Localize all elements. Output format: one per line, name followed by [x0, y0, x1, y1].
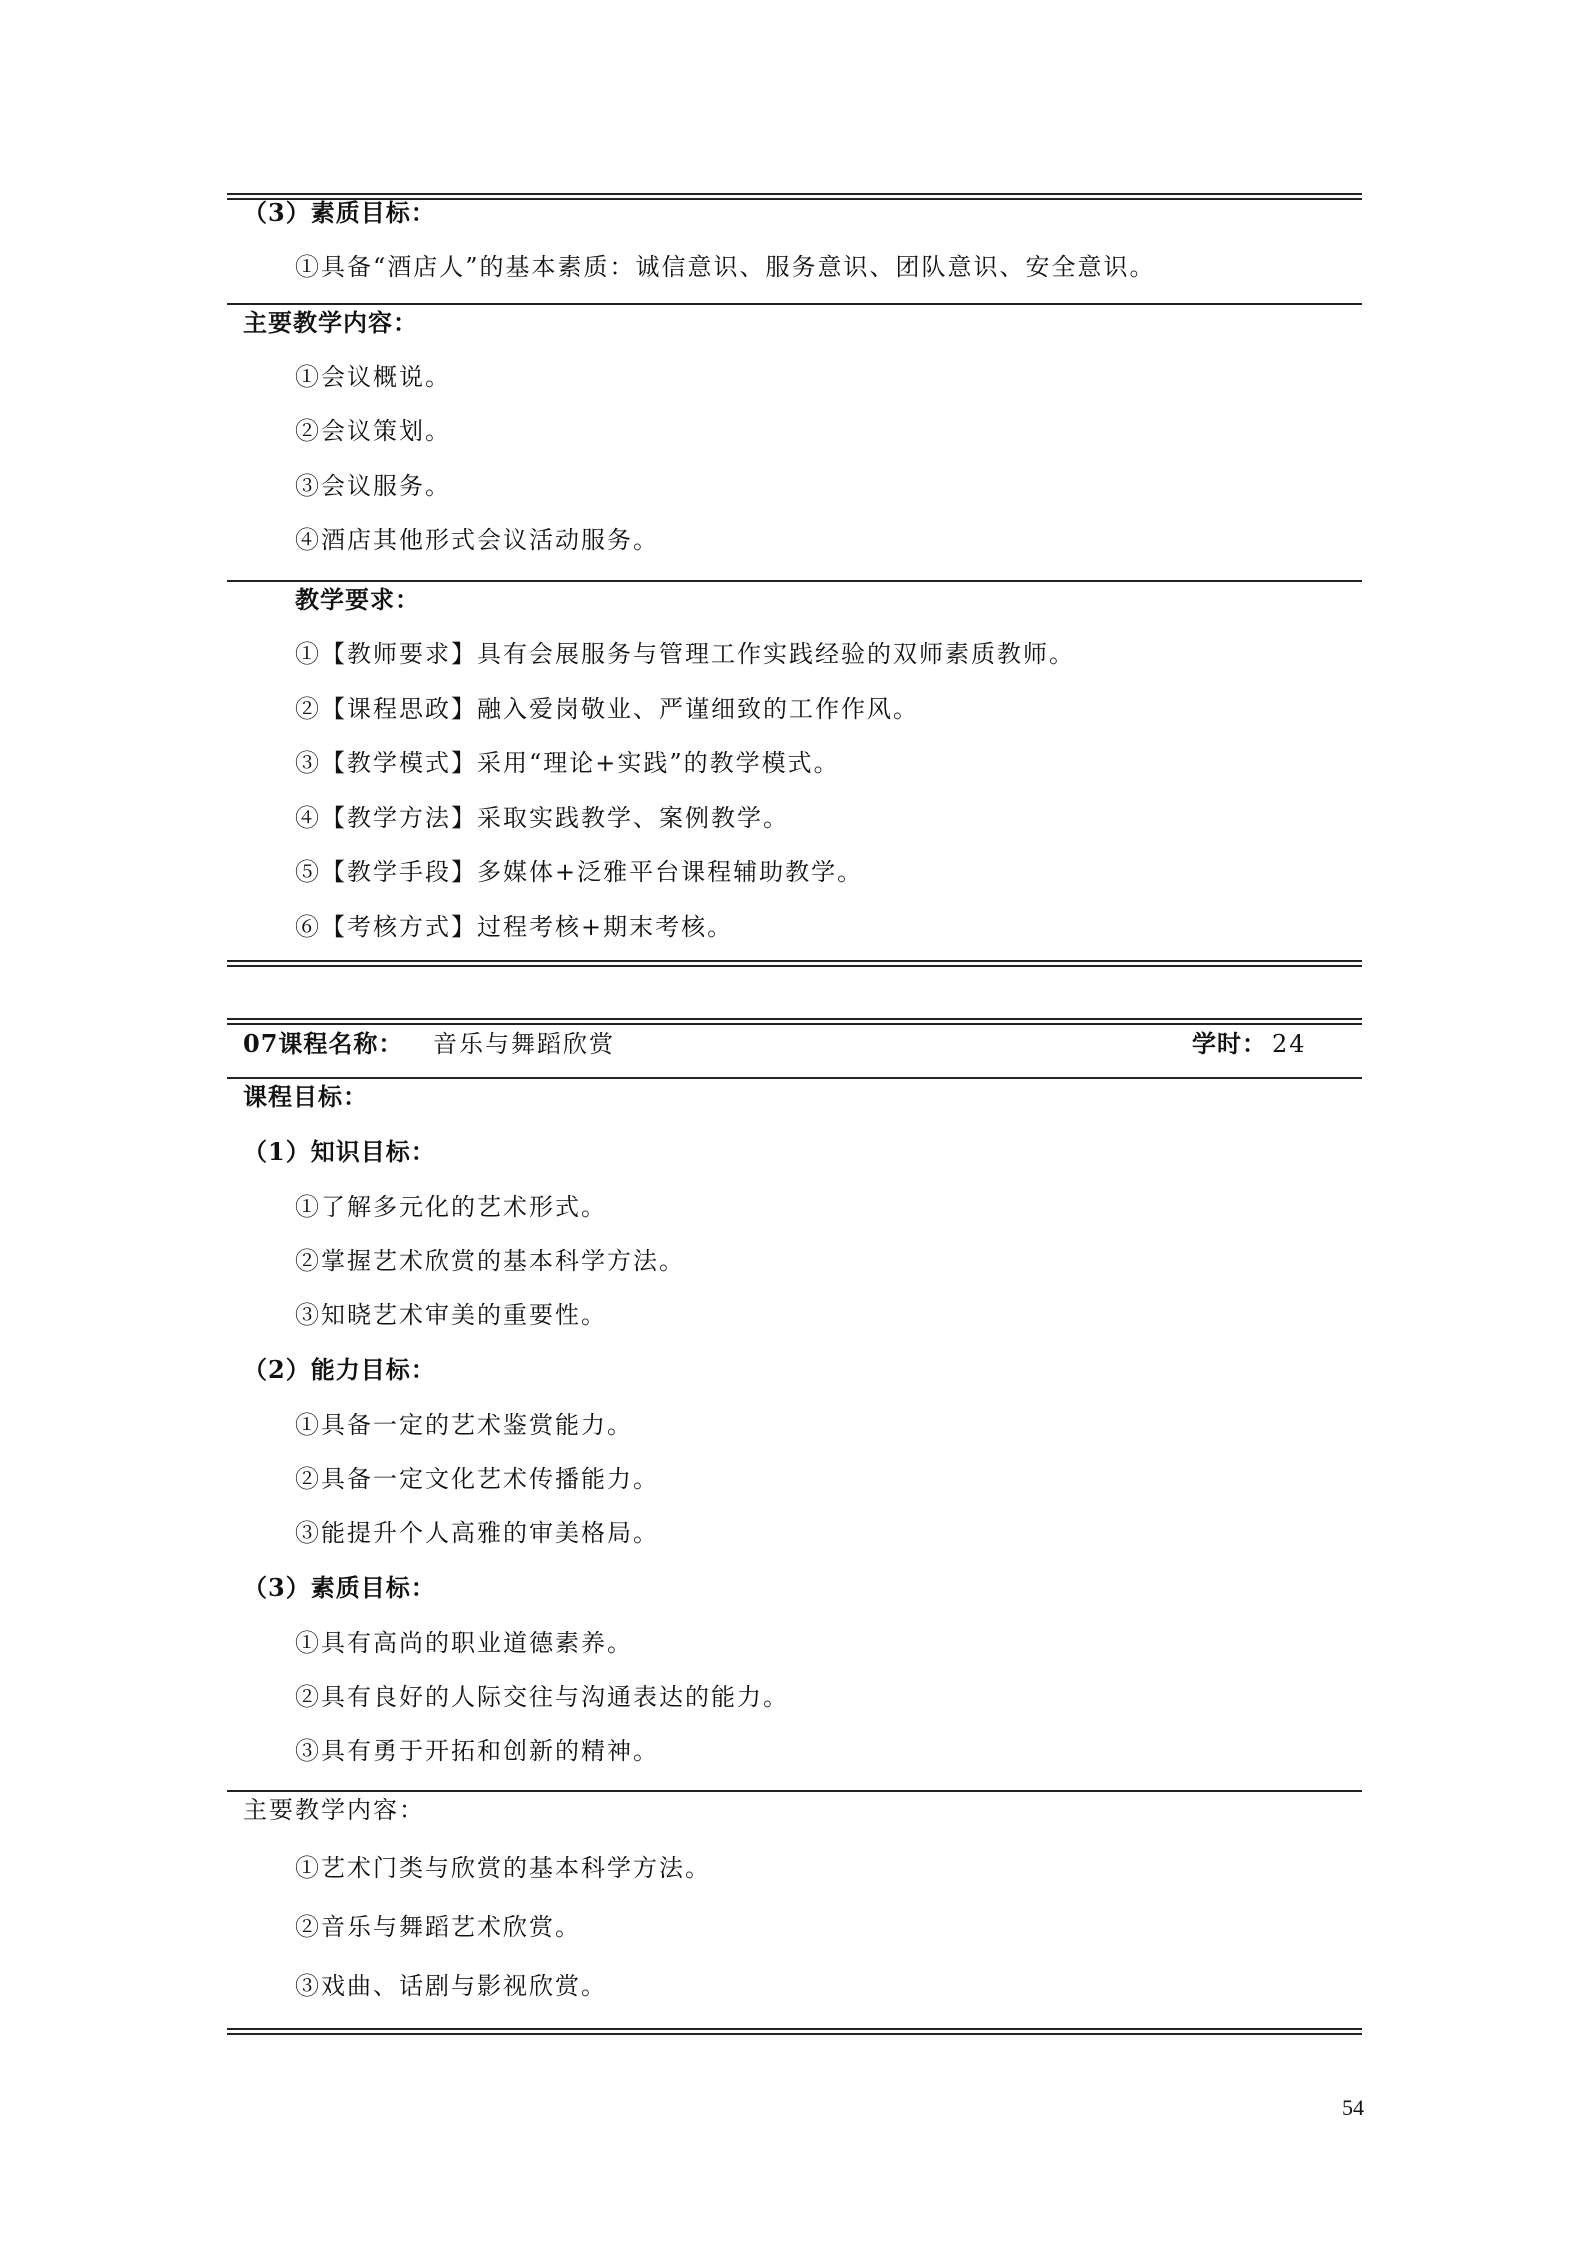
list-item: ④【教学方法】采取实践教学、案例教学。 — [295, 803, 789, 833]
list-item: ②会议策划。 — [295, 416, 451, 446]
list-item: ②掌握艺术欣赏的基本科学方法。 — [295, 1246, 685, 1276]
course-hours-value: 24 — [1272, 1029, 1307, 1059]
list-item: ②具备一定文化艺术传播能力。 — [295, 1464, 659, 1494]
list-item: ①艺术门类与欣赏的基本科学方法。 — [295, 1853, 711, 1883]
table-top-border — [227, 1018, 1362, 1025]
list-item: ①具有高尚的职业道德素养。 — [295, 1628, 633, 1658]
course-name-label: 07课程名称： — [243, 1029, 403, 1059]
list-item: ①具备“酒店人”的基本素质：诚信意识、服务意识、团队意识、安全意识。 — [295, 252, 1156, 282]
list-item: ④酒店其他形式会议活动服务。 — [295, 525, 659, 555]
content-heading: 主要教学内容： — [243, 308, 418, 338]
list-item: ⑥【考核方式】过程考核+期末考核。 — [295, 912, 733, 942]
course-hours-label: 学时： — [1192, 1029, 1267, 1059]
table-bottom-border — [227, 960, 1362, 967]
list-item: ③【教学模式】采用“理论+实践”的教学模式。 — [295, 748, 840, 778]
list-item: ②【课程思政】融入爱岗敬业、严谨细致的工作作风。 — [295, 694, 919, 724]
list-item: ②具有良好的人际交往与沟通表达的能力。 — [295, 1682, 789, 1712]
row-divider — [227, 1077, 1362, 1079]
list-item: ③会议服务。 — [295, 471, 451, 501]
page-number: 54 — [1342, 2095, 1364, 2121]
list-item: ⑤【教学手段】多媒体+泛雅平台课程辅助教学。 — [295, 857, 863, 887]
content-heading: 主要教学内容： — [243, 1795, 425, 1825]
list-item: ③知晓艺术审美的重要性。 — [295, 1300, 607, 1330]
row-divider — [227, 580, 1362, 582]
list-item: ③具有勇于开拓和创新的精神。 — [295, 1736, 659, 1766]
objectives-heading: 课程目标： — [243, 1082, 368, 1112]
row-divider — [227, 1790, 1362, 1792]
knowledge-objectives-heading: （1）知识目标： — [243, 1137, 436, 1167]
quality-objectives-heading: （3）素质目标： — [243, 198, 436, 228]
list-item: ①会议概说。 — [295, 362, 451, 392]
list-item: ③戏曲、话剧与影视欣赏。 — [295, 1971, 607, 2001]
list-item: ②音乐与舞蹈艺术欣赏。 — [295, 1912, 581, 1942]
list-item: ③能提升个人高雅的审美格局。 — [295, 1518, 659, 1548]
list-item: ①【教师要求】具有会展服务与管理工作实践经验的双师素质教师。 — [295, 639, 1075, 669]
requirements-heading: 教学要求： — [295, 585, 420, 615]
course-name-value: 音乐与舞蹈欣赏 — [433, 1029, 615, 1059]
list-item: ①了解多元化的艺术形式。 — [295, 1192, 607, 1222]
quality-objectives-heading: （3）素质目标： — [243, 1573, 436, 1603]
list-item: ①具备一定的艺术鉴赏能力。 — [295, 1410, 633, 1440]
row-divider — [227, 303, 1362, 305]
ability-objectives-heading: （2）能力目标： — [243, 1355, 436, 1385]
table-bottom-border — [227, 2028, 1362, 2035]
